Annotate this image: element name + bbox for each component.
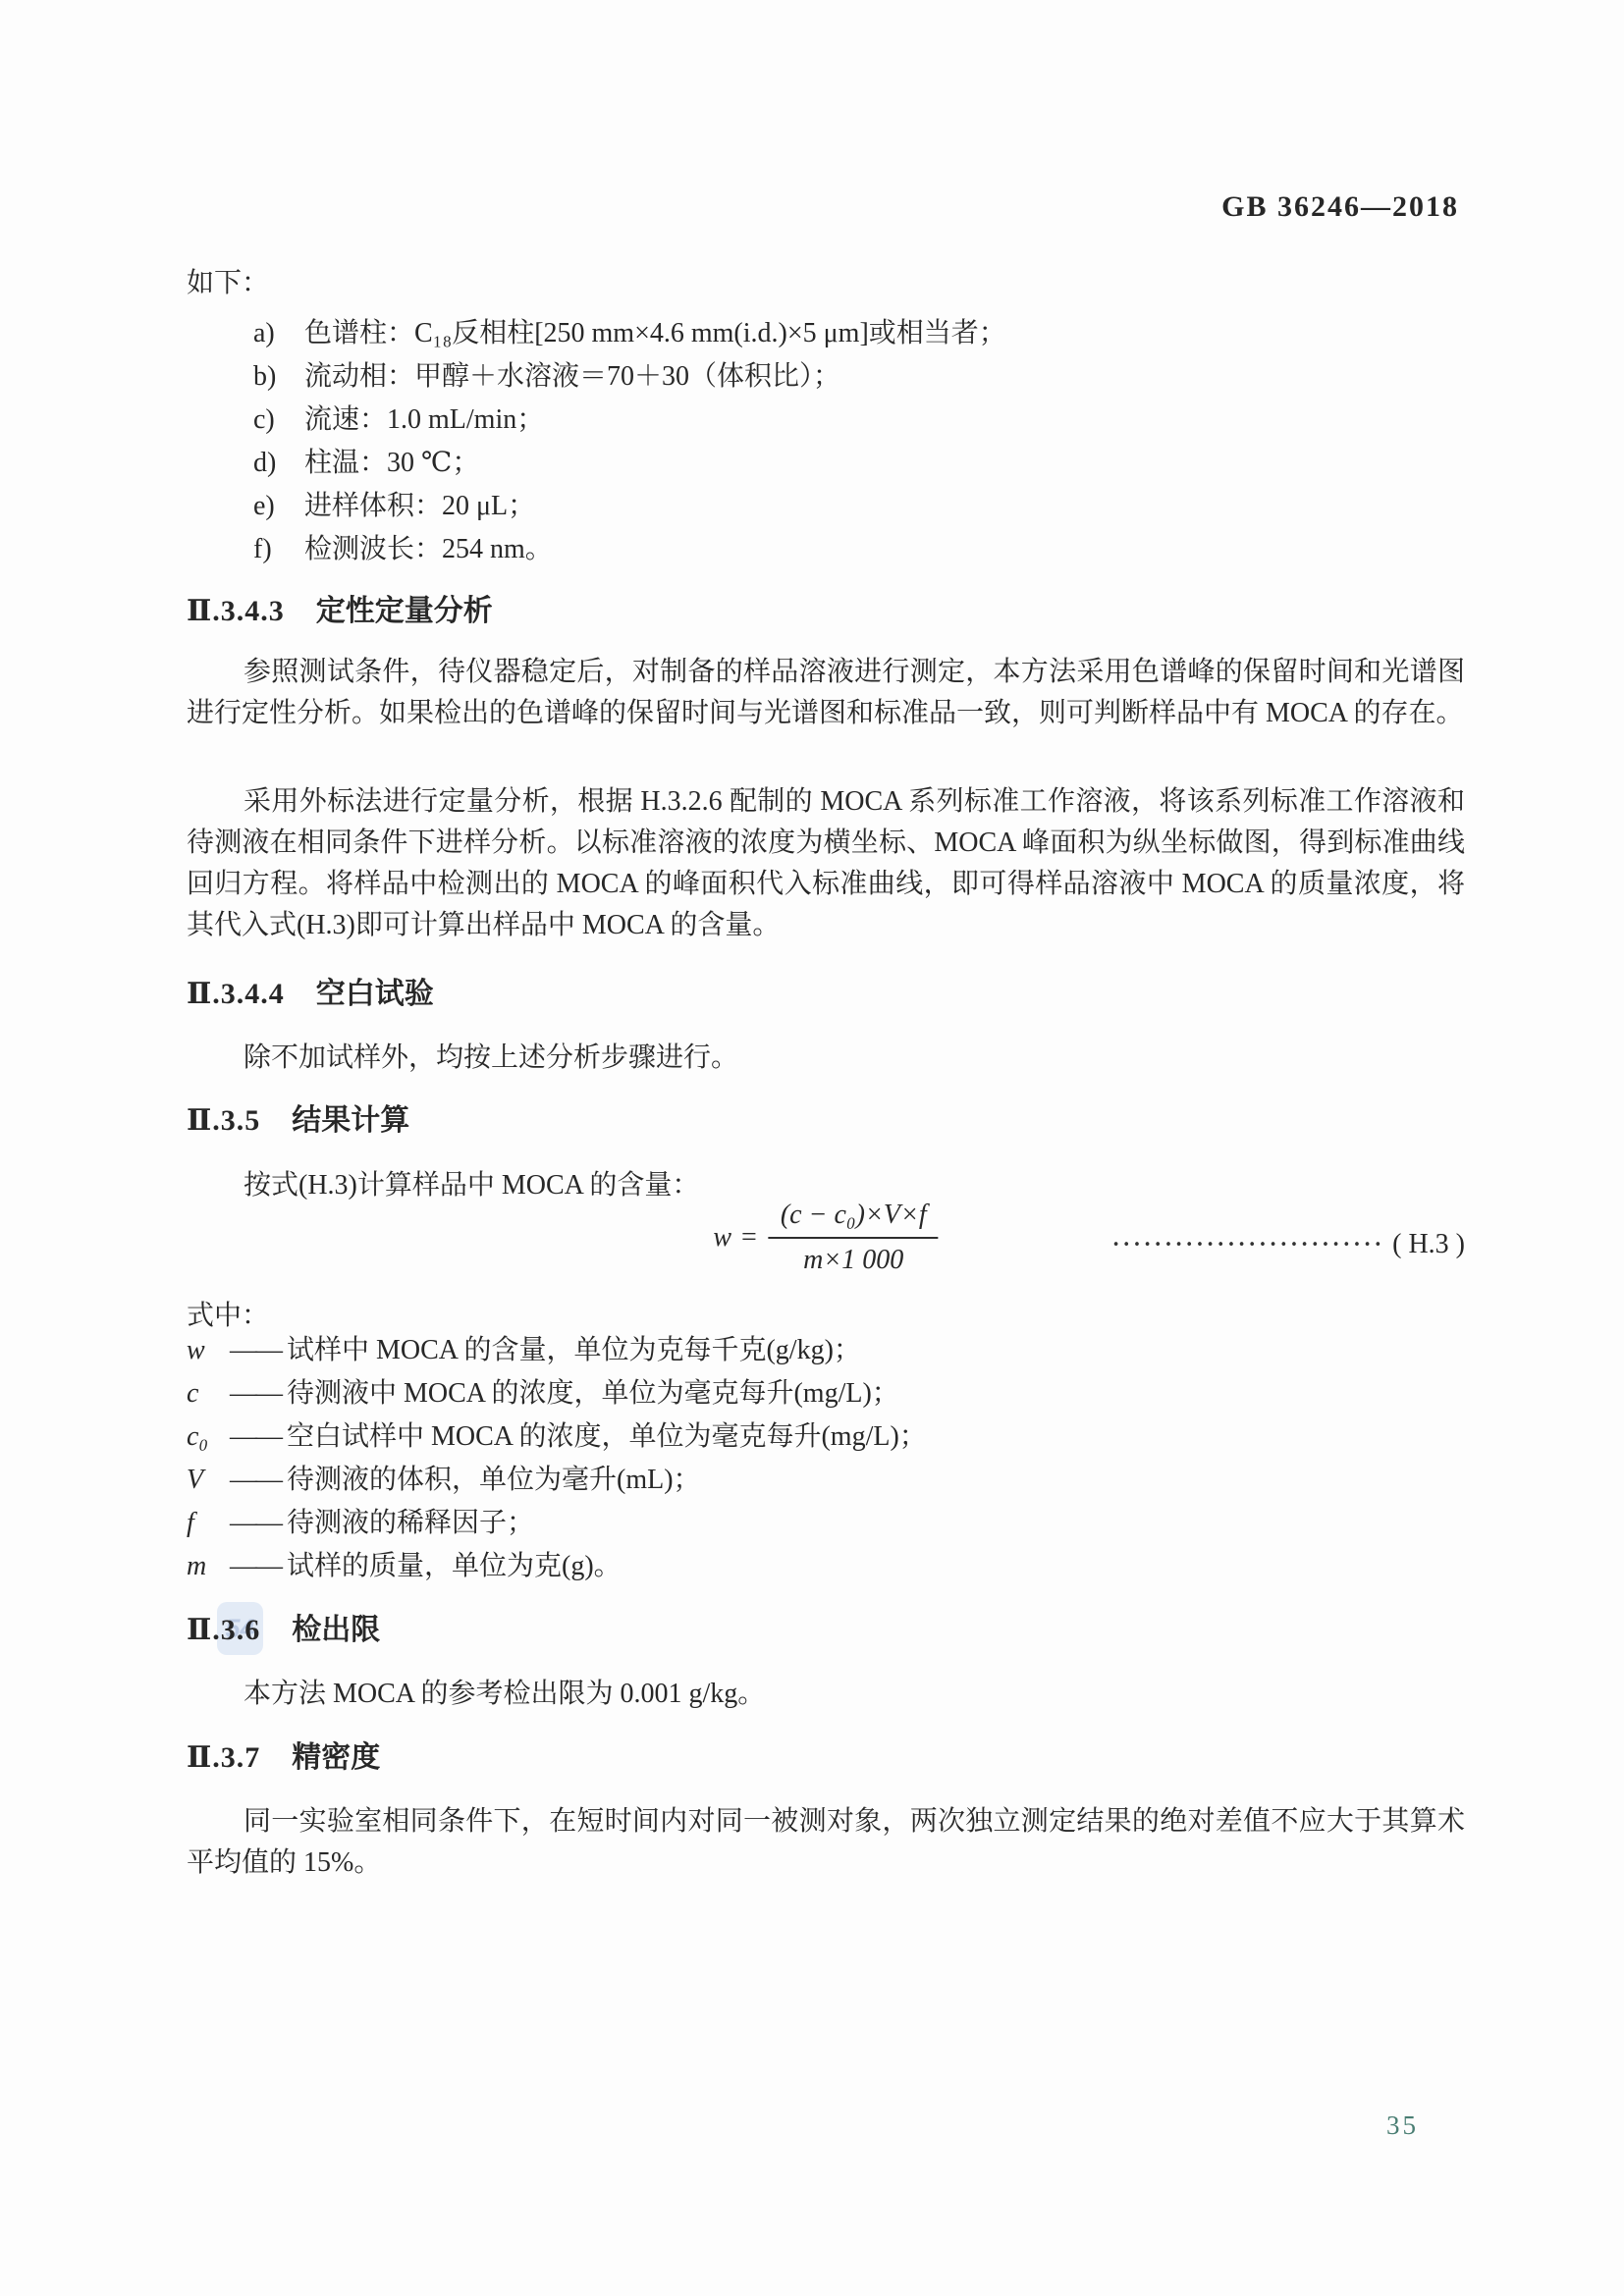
equation-H3: w = (c − c₀)×V×f m×1 000 •••••••••••••••…	[187, 1200, 1465, 1294]
list-text: 流动相：甲醇＋水溶液＝70＋30（体积比）；	[304, 361, 840, 392]
list-marker: a)	[253, 312, 304, 355]
paragraph-precision: 同一实验室相同条件下，在短时间内对同一被测对象，两次独立测定结果的绝对差值不应大…	[187, 1801, 1465, 1884]
list-marker: c)	[253, 399, 304, 442]
list-marker: f)	[253, 528, 304, 571]
symbol: m	[187, 1545, 230, 1588]
fraction-numerator: (c − c₀)×V×f	[769, 1200, 939, 1239]
list-text: 色谱柱：C₁₈反相柱[250 mm×4.6 mm(i.d.)×5 μm]或相当者…	[304, 318, 1006, 348]
definition-row: c——待测液中 MOCA 的浓度，单位为毫克每升(mg/L)；	[187, 1372, 1465, 1415]
symbol-definitions: w——试样中 MOCA 的含量，单位为克每千克(g/kg)； c——待测液中 M…	[187, 1329, 1465, 1588]
page-number: 35	[1386, 2110, 1419, 2141]
definition-text: 试样中 MOCA 的含量，单位为克每千克(g/kg)；	[287, 1329, 861, 1372]
list-item: d)柱温：30 ℃；	[187, 442, 1465, 485]
list-item: b)流动相：甲醇＋水溶液＝70＋30（体积比）；	[187, 355, 1465, 399]
list-item: f)检测波长：254 nm。	[187, 528, 1465, 571]
section-title: 检出限	[292, 1614, 380, 1646]
paragraph-text: 除不加试样外，均按上述分析步骤进行。	[187, 1038, 1465, 1079]
definition-row: w——试样中 MOCA 的含量，单位为克每千克(g/kg)；	[187, 1329, 1465, 1372]
section-title: 空白试验	[316, 978, 434, 1010]
fraction: (c − c₀)×V×f m×1 000	[769, 1200, 939, 1276]
paragraph-text: 参照测试条件，待仪器稳定后，对制备的样品溶液进行测定，本方法采用色谱峰的保留时间…	[187, 652, 1465, 734]
paragraph-detection-limit: 本方法 MOCA 的参考检出限为 0.001 g/kg。	[187, 1674, 1465, 1715]
section-title: 精密度	[292, 1741, 380, 1774]
definition-row: V——待测液的体积，单位为毫升(mL)；	[187, 1459, 1465, 1502]
list-marker: e)	[253, 485, 304, 528]
intro-text: 如下：	[187, 263, 1465, 304]
definition-text: 试样的质量，单位为克(g)。	[287, 1545, 622, 1588]
list-marker: b)	[253, 355, 304, 399]
list-marker: d)	[253, 442, 304, 485]
section-number: Ⅱ.3.6	[187, 1614, 260, 1646]
section-heading-II-3-5: Ⅱ.3.5结果计算	[187, 1101, 1465, 1141]
section-number: Ⅱ.3.4.4	[187, 978, 285, 1010]
equation-body: w = (c − c₀)×V×f m×1 000	[713, 1200, 938, 1276]
symbol: f	[187, 1502, 230, 1545]
definition-row: c₀——空白试样中 MOCA 的浓度，单位为毫克每升(mg/L)；	[187, 1415, 1465, 1459]
list-text: 柱温：30 ℃；	[304, 448, 479, 478]
section-title: 定性定量分析	[316, 595, 493, 627]
section-heading-II-3-7: Ⅱ.3.7精密度	[187, 1738, 1465, 1778]
standard-number-header: GB 36246—2018	[1221, 190, 1459, 224]
paragraph-text: 采用外标法进行定量分析，根据 H.3.2.6 配制的 MOCA 系列标准工作溶液…	[187, 781, 1465, 946]
paragraph-quantitative: 采用外标法进行定量分析，根据 H.3.2.6 配制的 MOCA 系列标准工作溶液…	[187, 781, 1465, 946]
paragraph-qualitative: 参照测试条件，待仪器稳定后，对制备的样品溶液进行测定，本方法采用色谱峰的保留时间…	[187, 652, 1465, 734]
dash: ——	[230, 1459, 281, 1502]
document-page: GB 36246—2018 如下： a)色谱柱：C₁₈反相柱[250 mm×4.…	[0, 0, 1624, 2296]
paragraph-text: 本方法 MOCA 的参考检出限为 0.001 g/kg。	[187, 1674, 1465, 1715]
definition-row: f——待测液的稀释因子；	[187, 1502, 1465, 1545]
equation-lhs: w	[713, 1222, 731, 1254]
section-heading-II-3-6: 54 Ⅱ.3.6检出限	[187, 1611, 1465, 1650]
definition-row: m——试样的质量，单位为克(g)。	[187, 1545, 1465, 1588]
list-item: a)色谱柱：C₁₈反相柱[250 mm×4.6 mm(i.d.)×5 μm]或相…	[187, 312, 1465, 355]
definition-text: 待测液的体积，单位为毫升(mL)；	[287, 1459, 701, 1502]
section-heading-II-3-4-4: Ⅱ.3.4.4空白试验	[187, 975, 1465, 1014]
list-item: e)进样体积：20 μL；	[187, 485, 1465, 528]
section-heading-II-3-4-3: Ⅱ.3.4.3定性定量分析	[187, 592, 1465, 631]
paragraph-text: 同一实验室相同条件下，在短时间内对同一被测对象，两次独立测定结果的绝对差值不应大…	[187, 1801, 1465, 1884]
definition-text: 待测液的稀释因子；	[287, 1502, 534, 1545]
fraction-denominator: m×1 000	[769, 1239, 939, 1276]
dash: ——	[230, 1545, 281, 1588]
equation-number: •••••••••••••••••••••••••• ( H.3 )	[1112, 1229, 1465, 1260]
dash: ——	[230, 1502, 281, 1545]
dot-leader: ••••••••••••••••••••••••••	[1112, 1238, 1384, 1253]
list-text: 进样体积：20 μL；	[304, 491, 535, 521]
dash: ——	[230, 1329, 281, 1372]
equation-label: ( H.3 )	[1392, 1229, 1465, 1260]
dash: ——	[230, 1415, 281, 1459]
condition-list: a)色谱柱：C₁₈反相柱[250 mm×4.6 mm(i.d.)×5 μm]或相…	[187, 312, 1465, 571]
symbol: c₀	[187, 1415, 230, 1459]
symbol: V	[187, 1459, 230, 1502]
section-title: 结果计算	[292, 1104, 409, 1137]
section-number: Ⅱ.3.4.3	[187, 595, 285, 627]
section-number: Ⅱ.3.5	[187, 1104, 260, 1137]
dash: ——	[230, 1372, 281, 1415]
list-text: 流速：1.0 mL/min；	[304, 404, 544, 435]
paragraph-blank-test: 除不加试样外，均按上述分析步骤进行。	[187, 1038, 1465, 1079]
list-item: c)流速：1.0 mL/min；	[187, 399, 1465, 442]
section-number: Ⅱ.3.7	[187, 1741, 260, 1774]
equals-sign: =	[741, 1222, 757, 1254]
intro-line: 如下：	[187, 263, 1465, 304]
symbol: w	[187, 1329, 230, 1372]
symbol: c	[187, 1372, 230, 1415]
definition-text: 空白试样中 MOCA 的浓度，单位为毫克每升(mg/L)；	[287, 1415, 927, 1459]
list-text: 检测波长：254 nm。	[304, 534, 553, 564]
definition-text: 待测液中 MOCA 的浓度，单位为毫克每升(mg/L)；	[287, 1372, 899, 1415]
